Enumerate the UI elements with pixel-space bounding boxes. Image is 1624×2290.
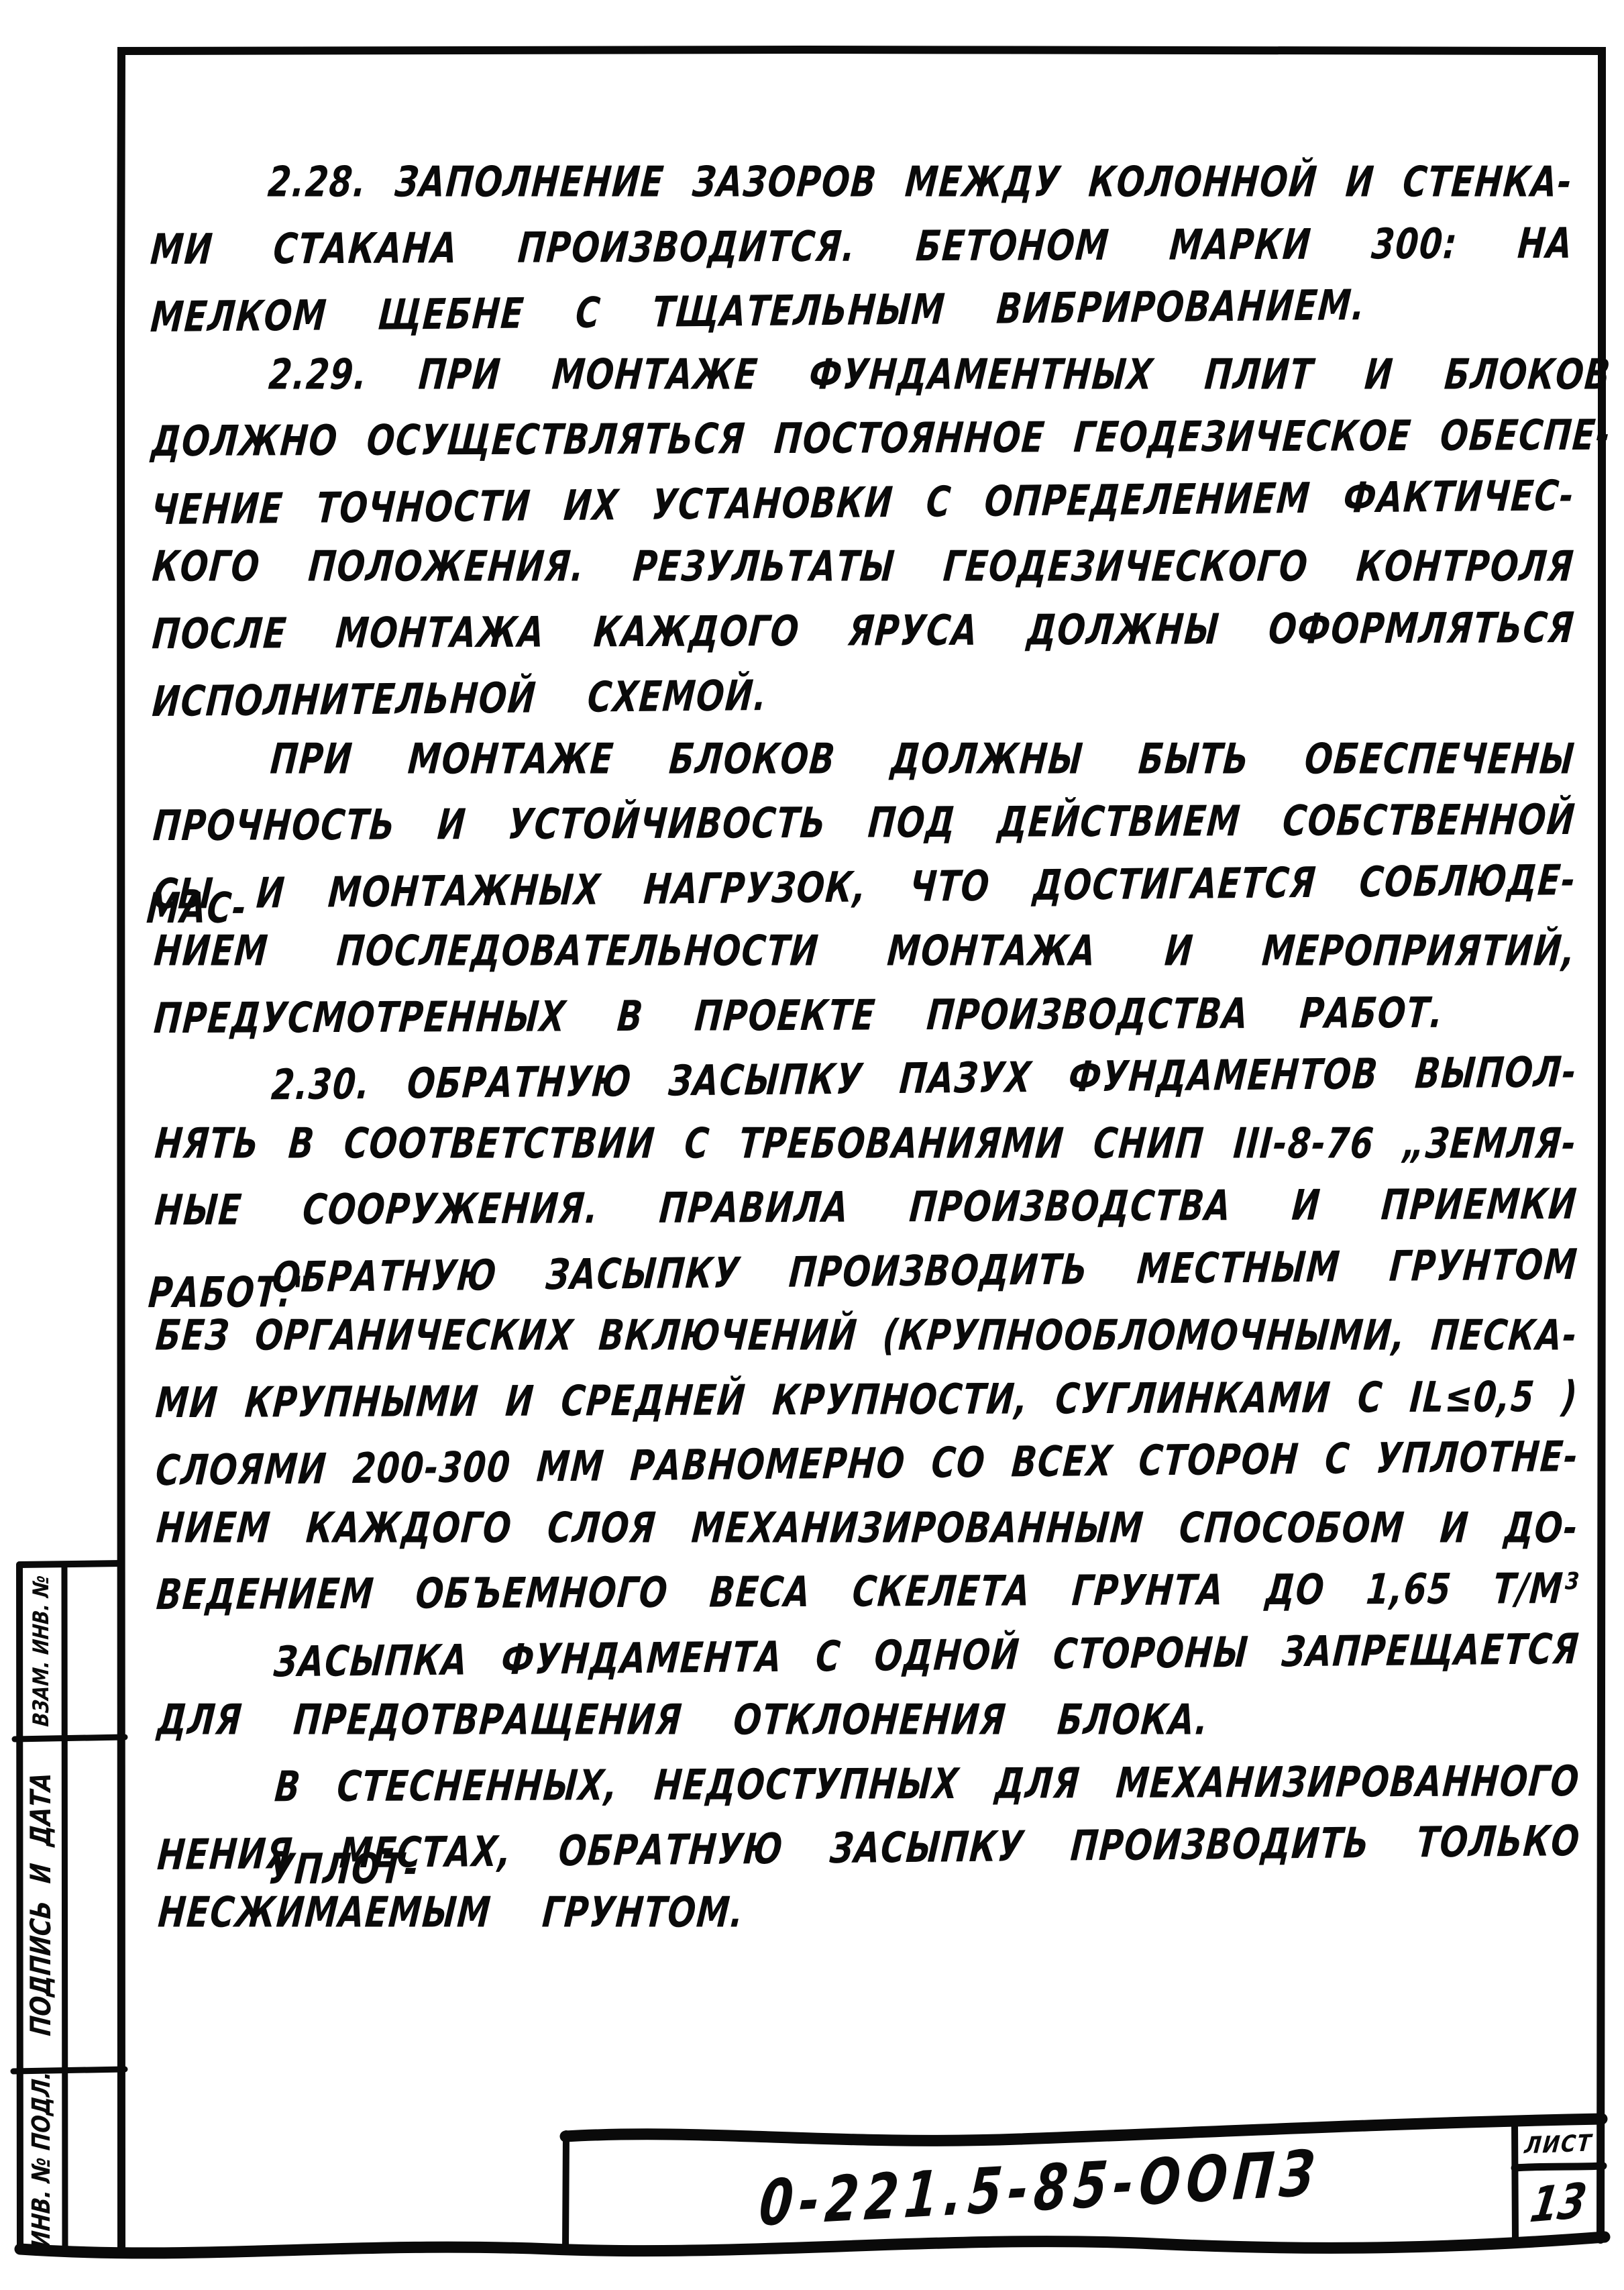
doc-number: 0-221.5-85-ООПЗ xyxy=(757,2136,1323,2240)
sheet-label: Лист xyxy=(1523,2130,1594,2159)
text-area: 2.28. Заполнение зазоров между колонной … xyxy=(150,147,1580,1947)
page: 2.28. Заполнение зазоров между колонной … xyxy=(0,0,1624,2290)
title-block-doc-cell: 0-221.5-85-ООПЗ xyxy=(565,2128,1515,2248)
stamp-label-text: Подпись и дата xyxy=(25,1771,58,2036)
stamp-cell-podpis-data: Подпись и дата xyxy=(19,1738,64,2070)
text-line: несжимаемым грунтом. xyxy=(155,1871,1583,1954)
title-block-sheet-label-cell: Лист xyxy=(1515,2122,1602,2167)
stamp-cell-vzam-inv: Взам. инв. № xyxy=(19,1563,64,1738)
stamp-label-text: Инв. № подл. xyxy=(27,2070,56,2249)
title-block-sheet-number-cell: 13 xyxy=(1515,2167,1602,2238)
stamp-cell-inv-podl: Инв. № подл. xyxy=(19,2070,64,2249)
stamp-label-text: Взам. инв. № xyxy=(29,1574,54,1727)
sheet-number: 13 xyxy=(1527,2172,1590,2234)
